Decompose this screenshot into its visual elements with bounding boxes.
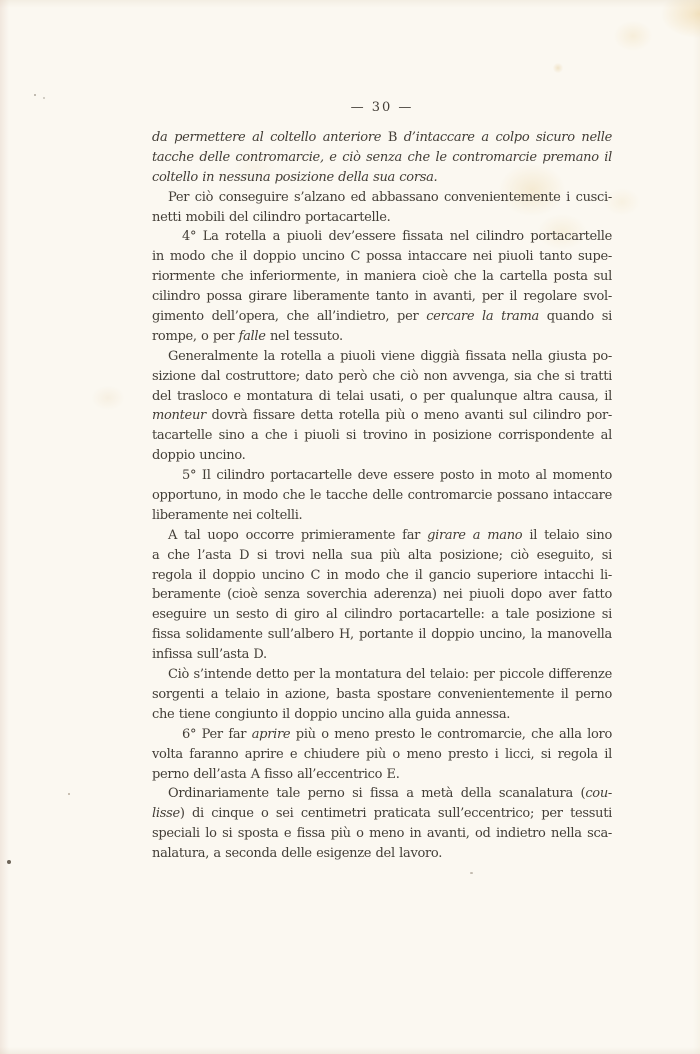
text-line: tacartelle sino a che i piuoli si trovin…: [152, 426, 612, 446]
paragraph: Per ciò conseguire s’alzano ed abbassano…: [152, 188, 612, 228]
italic-text: d’intaccare a colpo sicuro nelle: [397, 130, 612, 145]
paragraph: Ciò s’intende detto per la montatura del…: [152, 665, 612, 725]
text-line: Per ciò conseguire s’alzano ed abbassano…: [152, 188, 612, 208]
text-line: da permettere al coltello anteriore B d’…: [152, 128, 612, 148]
text-line: fissa solidamente sull’albero H, portant…: [152, 625, 612, 645]
text-line: riormente che inferiormente, in maniera …: [152, 267, 612, 287]
paragraph: 5° Il cilindro portacartelle deve essere…: [152, 466, 612, 526]
text-line: sizione dal costruttore; dato però che c…: [152, 367, 612, 387]
text-line: tacche delle contromarcie, e ciò senza c…: [152, 148, 612, 168]
text-line: rompe, o per falle nel tessuto.: [152, 327, 612, 347]
paragraph: da permettere al coltello anteriore B d’…: [152, 128, 612, 188]
italic-text: da permettere al coltello anteriore: [152, 130, 388, 145]
paragraph: Generalmente la rotella a piuoli viene d…: [152, 347, 612, 466]
text-line: sorgenti a telaio in azione, basta spost…: [152, 685, 612, 705]
text-line: in modo che il doppio uncino C possa int…: [152, 247, 612, 267]
text-line: A tal uopo occorre primieramente far gir…: [152, 526, 612, 546]
paper-speck: [68, 793, 70, 795]
text-line: speciali lo si sposta e fissa più o meno…: [152, 824, 612, 844]
paragraph: A tal uopo occorre primieramente far gir…: [152, 526, 612, 665]
italic-text: coltello in nessuna posizione della sua …: [152, 170, 437, 185]
ink-speck: [7, 860, 11, 864]
text-line: liberamente nei coltelli.: [152, 506, 612, 526]
italic-text: tacche delle contromarcie, e ciò senza c…: [152, 150, 612, 165]
text-line: beramente (cioè senza soverchia aderenza…: [152, 585, 612, 605]
paper-speck: [43, 97, 45, 99]
paragraph: 6° Per far aprire più o meno presto le c…: [152, 725, 612, 785]
text-line: eseguire un sesto di giro al cilindro po…: [152, 605, 612, 625]
text-line: perno dell’asta A fisso all’eccentrico E…: [152, 765, 612, 785]
text-line: Generalmente la rotella a piuoli viene d…: [152, 347, 612, 367]
text-line: 4° La rotella a piuoli dev’essere fissat…: [152, 227, 612, 247]
text-line: a che l’asta D si trovi nella sua più al…: [152, 546, 612, 566]
page-number: — 30 —: [152, 100, 612, 115]
text-line: Ciò s’intende detto per la montatura del…: [152, 665, 612, 685]
italic-text: monteur: [152, 408, 206, 423]
paragraph: Ordinariamente tale perno si fissa a met…: [152, 784, 612, 864]
italic-text: cercare la trama: [426, 309, 539, 324]
text-line: infissa sull’asta D.: [152, 645, 612, 665]
text-line: volta faranno aprire e chiudere più o me…: [152, 745, 612, 765]
text-line: del trasloco e montatura di telai usati,…: [152, 387, 612, 407]
text-line: opportuno, in modo che le tacche delle c…: [152, 486, 612, 506]
text-line: cilindro possa girare liberamente tanto …: [152, 287, 612, 307]
paragraph: 4° La rotella a piuoli dev’essere fissat…: [152, 227, 612, 346]
text-line: netti mobili del cilindro portacartelle.: [152, 208, 612, 228]
text-line: monteur dovrà fissare detta rotella più …: [152, 406, 612, 426]
text-block: da permettere al coltello anteriore B d’…: [152, 128, 612, 864]
italic-text: falle: [239, 329, 266, 344]
text-line: nalatura, a seconda delle esigenze del l…: [152, 844, 612, 864]
paper-speck: [470, 872, 473, 874]
italic-text: lisse: [152, 806, 180, 821]
text-line: 5° Il cilindro portacartelle deve essere…: [152, 466, 612, 486]
text-line: coltello in nessuna posizione della sua …: [152, 168, 612, 188]
italic-text: cou-: [585, 786, 612, 801]
text-line: lisse) di cinque o sei centimetri pratic…: [152, 804, 612, 824]
text-line: 6° Per far aprire più o meno presto le c…: [152, 725, 612, 745]
book-page: — 30 — da permettere al coltello anterio…: [0, 0, 700, 1054]
text-line: gimento dell’opera, che all’indietro, pe…: [152, 307, 612, 327]
text-line: doppio uncino.: [152, 446, 612, 466]
paper-speck: [34, 94, 36, 96]
text-line: Ordinariamente tale perno si fissa a met…: [152, 784, 612, 804]
text-line: regola il doppio uncino C in modo che il…: [152, 566, 612, 586]
italic-text: girare a mano: [427, 528, 522, 543]
italic-text: aprire: [252, 727, 291, 742]
text-line: che tiene congiunto il doppio uncino all…: [152, 705, 612, 725]
